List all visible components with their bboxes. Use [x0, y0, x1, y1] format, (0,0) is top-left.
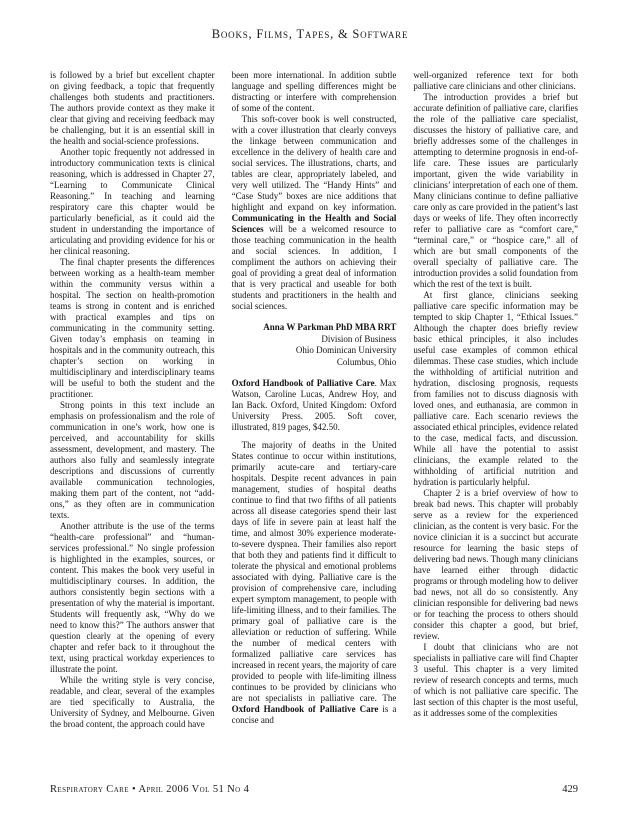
- journal-page: Books, Films, Tapes, & Software is follo…: [0, 0, 620, 830]
- book-citation: Oxford Handbook of Palliative Care. Max …: [232, 378, 397, 433]
- paragraph-text: The majority of deaths in the United Sta…: [232, 440, 397, 703]
- paragraph-text: The final chapter presents the differenc…: [50, 257, 215, 399]
- body-paragraph: This soft-cover book is well constructed…: [232, 114, 397, 312]
- paragraph-text: The introduction provides a brief but ac…: [413, 92, 578, 289]
- body-paragraph: is followed by a brief but excellent cha…: [50, 70, 215, 147]
- reviewer-affiliation-line: Columbus, Ohio: [232, 357, 397, 369]
- body-paragraph: At first glance, clinicians seeking pall…: [413, 290, 578, 488]
- body-paragraph: The final chapter presents the differenc…: [50, 257, 215, 400]
- body-paragraph: While the writing style is very concise,…: [50, 675, 215, 730]
- body-paragraph: Chapter 2 is a brief overview of how to …: [413, 488, 578, 642]
- text-columns: is followed by a brief but excellent cha…: [50, 70, 578, 778]
- paragraph-text: will be a welcomed resource to those tea…: [232, 224, 397, 311]
- body-paragraph: Another attribute is the use of the term…: [50, 521, 215, 675]
- section-running-head: Books, Films, Tapes, & Software: [0, 27, 620, 42]
- reviewer-signature: Anna W Parkman PhD MBA RRTDivision of Bu…: [232, 322, 397, 368]
- reviewer-name: Anna W Parkman PhD MBA RRT: [232, 322, 397, 334]
- body-paragraph: The majority of deaths in the United Sta…: [232, 440, 397, 726]
- paragraph-text: Another topic frequently not addressed i…: [50, 147, 215, 256]
- body-paragraph: been more international. In addition sub…: [232, 70, 397, 114]
- book-title: Oxford Handbook of Palliative Care: [232, 378, 375, 388]
- paragraph-text: This soft-cover book is well constructed…: [232, 114, 397, 212]
- paragraph-text: I doubt that clinicians who are not spec…: [413, 642, 578, 718]
- page-number: 429: [562, 784, 578, 795]
- paragraph-text: While the writing style is very concise,…: [50, 675, 215, 729]
- reviewer-affiliation-line: Ohio Dominican University: [232, 345, 397, 357]
- paragraph-text: Strong points in this text include an em…: [50, 400, 215, 520]
- body-paragraph: Another topic frequently not addressed i…: [50, 147, 215, 257]
- column-3: well-organized reference text for both p…: [413, 70, 578, 778]
- book-title: Oxford Handbook of Palliative Care: [232, 704, 379, 714]
- paragraph-text: Another attribute is the use of the term…: [50, 521, 215, 674]
- paragraph-text: is followed by a brief but excellent cha…: [50, 70, 215, 146]
- column-1: is followed by a brief but excellent cha…: [50, 70, 215, 778]
- page-footer: Respiratory Care • April 2006 Vol 51 No …: [50, 784, 578, 795]
- paragraph-text: been more international. In addition sub…: [232, 70, 397, 113]
- paragraph-text: well-organized reference text for both p…: [413, 70, 578, 91]
- column-2: been more international. In addition sub…: [232, 70, 397, 778]
- body-paragraph: well-organized reference text for both p…: [413, 70, 578, 92]
- reviewer-affiliation-line: Division of Business: [232, 334, 397, 346]
- paragraph-text: Chapter 2 is a brief overview of how to …: [413, 488, 578, 641]
- body-paragraph: The introduction provides a brief but ac…: [413, 92, 578, 290]
- paragraph-text: At first glance, clinicians seeking pall…: [413, 290, 578, 487]
- body-paragraph: Strong points in this text include an em…: [50, 400, 215, 521]
- body-paragraph: I doubt that clinicians who are not spec…: [413, 642, 578, 719]
- journal-volume-line: Respiratory Care • April 2006 Vol 51 No …: [50, 784, 249, 795]
